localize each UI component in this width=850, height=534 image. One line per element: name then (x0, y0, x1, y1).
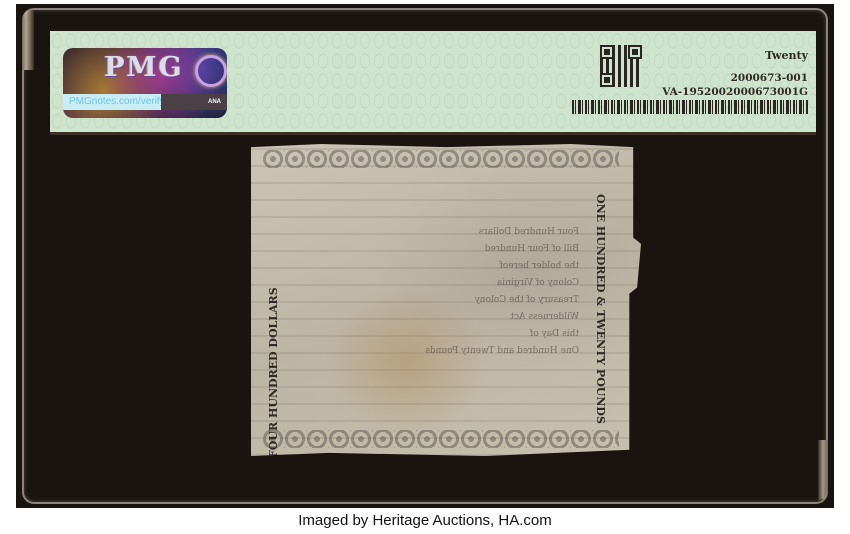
pmg-hologram: PMG PMGnotes.com/verify ANA (63, 48, 227, 118)
faint-line: Four Hundred Dollars (309, 224, 579, 241)
qr-finder-icon (600, 73, 614, 87)
verify-url: PMGnotes.com/verify (63, 94, 161, 110)
label-divider (50, 132, 816, 135)
faint-line: One Hundred and Twenty Pounds (309, 343, 579, 360)
faint-line: this Day of (309, 326, 579, 343)
ornamental-border (263, 430, 619, 448)
cert-number: 2000673-001 (731, 72, 808, 84)
qr-finder-icon (628, 45, 642, 59)
faint-line: Bill of Four Hundred (309, 241, 579, 258)
denomination: Twenty (765, 49, 808, 62)
catalog-number: VA-1952002000673001G (662, 86, 808, 98)
note-side-text-right: ONE HUNDRED & TWENTY POUNDS (594, 194, 607, 434)
qr-code-icon (600, 45, 642, 87)
holder-corner-glare (818, 440, 828, 500)
faint-line: Treasury of the Colony (309, 292, 579, 309)
holder-corner-glare (22, 10, 34, 70)
qr-finder-icon (600, 45, 614, 59)
image-credit: Imaged by Heritage Auctions, HA.com (0, 512, 850, 529)
hologram-seal-icon (195, 55, 227, 87)
faint-line: Wilderness Act (309, 309, 579, 326)
ana-mark: ANA (208, 99, 221, 105)
faint-line: the holder hereof (309, 258, 579, 275)
note-side-text-left: FOUR HUNDRED DOLLARS (267, 262, 287, 458)
barcode-icon (572, 100, 808, 114)
banknote-back: FOUR HUNDRED DOLLARS ONE HUNDRED & TWENT… (251, 144, 641, 456)
bleed-through-text: Four Hundred Dollars Bill of Four Hundre… (309, 224, 579, 360)
faint-line: Colony of Virginia (309, 275, 579, 292)
ornamental-border (263, 150, 619, 168)
